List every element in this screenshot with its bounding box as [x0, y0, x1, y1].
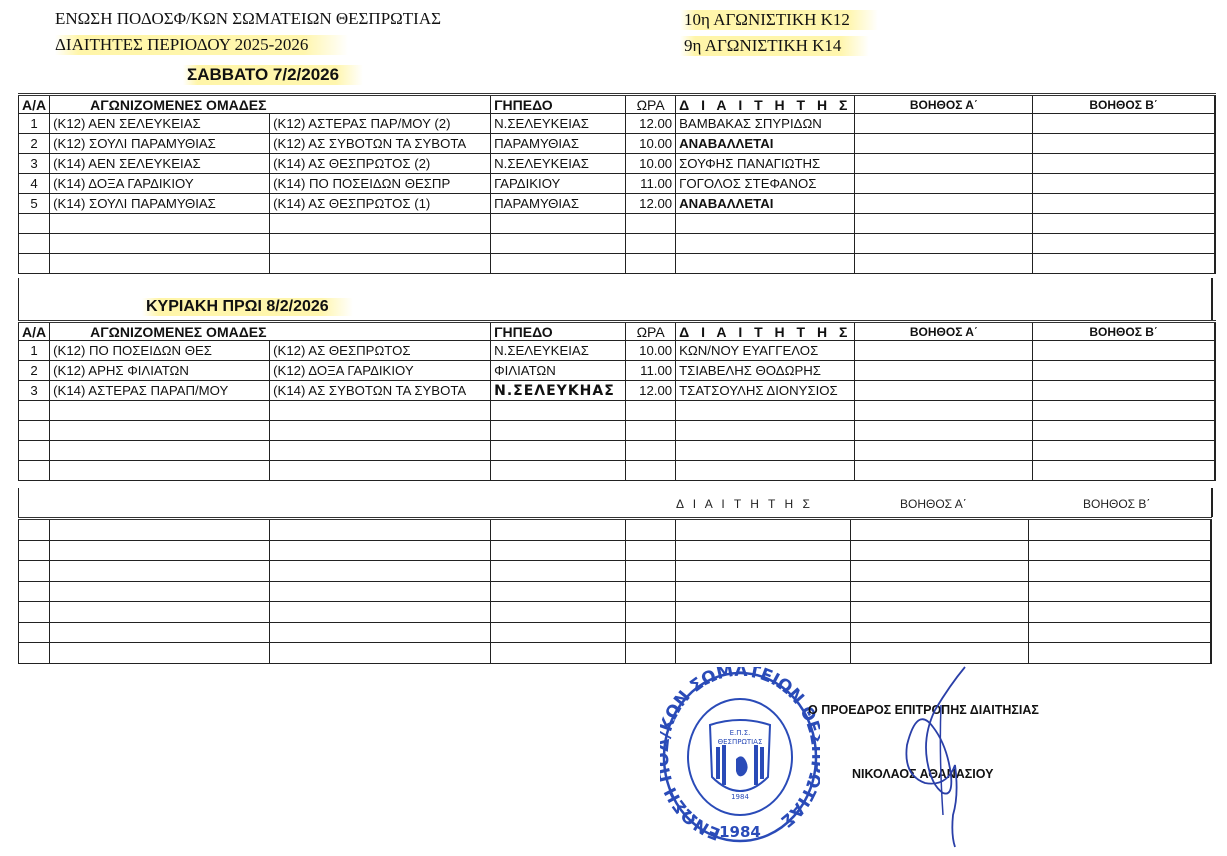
empty-cell — [676, 519, 851, 541]
signature-icon — [895, 665, 985, 850]
empty-cell — [676, 581, 851, 602]
empty-cell — [50, 401, 270, 421]
home-team: (Κ12) ΣΟΥΛΙ ΠΑΡΑΜΥΘΙΑΣ — [50, 134, 270, 154]
assistant-b — [1033, 134, 1215, 154]
empty-row — [19, 581, 1211, 602]
empty-row — [19, 254, 1215, 274]
empty-cell — [626, 581, 676, 602]
empty-row — [19, 602, 1211, 623]
assistant-a — [855, 361, 1033, 381]
empty-row — [19, 561, 1211, 582]
empty-cell — [19, 461, 50, 481]
section-spacer — [18, 488, 1213, 517]
table-row: 5(Κ14) ΣΟΥΛΙ ΠΑΡΑΜΥΘΙΑΣ(Κ14) ΑΣ ΘΕΣΠΡΩΤΟ… — [19, 194, 1215, 214]
empty-cell — [855, 234, 1033, 254]
empty-cell — [270, 581, 491, 602]
empty-row — [19, 461, 1215, 481]
referee: ΓΟΓΟΛΟΣ ΣΤΕΦΑΝΟΣ — [676, 174, 855, 194]
referee: ΤΣΑΤΣΟΥΛΗΣ ΔΙΟΝΥΣΙΟΣ — [676, 381, 855, 401]
empty-cell — [50, 421, 270, 441]
empty-cell — [19, 519, 50, 541]
empty-cell — [676, 214, 855, 234]
empty-cell — [19, 234, 50, 254]
empty-cell — [855, 421, 1033, 441]
third-block-assistant-b-label: ΒΟΗΘΟΣ Β΄ — [1083, 497, 1150, 511]
col-referee: Δ Ι Α Ι Τ Η Τ Η Σ — [676, 322, 855, 341]
empty-cell — [851, 602, 1029, 623]
away-team: (Κ14) ΑΣ ΘΕΣΠΡΩΤΟΣ (1) — [270, 194, 491, 214]
col-assistant-b: ΒΟΗΘΟΣ Β΄ — [1033, 95, 1215, 114]
assistant-b — [1033, 114, 1215, 134]
assistant-a — [855, 381, 1033, 401]
assistant-b — [1033, 361, 1215, 381]
table-header-row: Α/Α ΑΓΩΝΙΖΟΜΕΝΕΣ ΟΜΑΔΕΣ ΓΗΠΕΔΟ ΩΡΑ Δ Ι Α… — [19, 322, 1215, 341]
match-number: 4 — [19, 174, 50, 194]
empty-row — [19, 234, 1215, 254]
match-number: 3 — [19, 381, 50, 401]
empty-cell — [19, 441, 50, 461]
referee: ΚΩΝ/ΝΟΥ ΕΥΑΓΓΕΛΟΣ — [676, 341, 855, 361]
away-team: (Κ14) ΑΣ ΘΕΣΠΡΩΤΟΣ (2) — [270, 154, 491, 174]
away-team: (Κ14) ΠΟ ΠΟΣΕΙΔΩΝ ΘΕΣΠΡ — [270, 174, 491, 194]
empty-cell — [491, 643, 626, 664]
empty-cell — [626, 461, 676, 481]
table-row: 2(Κ12) ΑΡΗΣ ΦΙΛΙΑΤΩΝ(Κ12) ΔΟΞΑ ΓΑΡΔΙΚΙΟΥ… — [19, 361, 1215, 381]
table-row: 1(Κ12) ΠΟ ΠΟΣΕΙΔΩΝ ΘΕΣ(Κ12) ΑΣ ΘΕΣΠΡΩΤΟΣ… — [19, 341, 1215, 361]
venue: ΠΑΡΑΜΥΘΙΑΣ — [491, 134, 626, 154]
empty-cell — [626, 421, 676, 441]
venue: ΓΑΡΔΙΚΙΟΥ — [491, 174, 626, 194]
empty-cell — [676, 561, 851, 582]
col-referee: Δ Ι Α Ι Τ Η Τ Η Σ — [676, 95, 855, 114]
empty-cell — [1033, 254, 1215, 274]
empty-cell — [855, 461, 1033, 481]
empty-cell — [1033, 401, 1215, 421]
empty-cell — [626, 540, 676, 561]
col-assistant-a: ΒΟΗΘΟΣ Α΄ — [855, 95, 1033, 114]
empty-cell — [1033, 214, 1215, 234]
empty-cell — [676, 441, 855, 461]
empty-row — [19, 643, 1211, 664]
empty-cell — [851, 643, 1029, 664]
venue: Ν.ΣΕΛΕΥΚΕΙΑΣ — [491, 154, 626, 174]
venue: ΦΙΛΙΑΤΩΝ — [491, 361, 626, 381]
empty-cell — [50, 254, 270, 274]
empty-cell — [676, 421, 855, 441]
referee: ΤΣΙΑΒΕΛΗΣ ΘΟΔΩΡΗΣ — [676, 361, 855, 381]
assistant-b — [1033, 154, 1215, 174]
empty-cell — [851, 561, 1029, 582]
empty-cell — [50, 643, 270, 664]
home-team: (Κ14) ΣΟΥΛΙ ΠΑΡΑΜΥΘΙΑΣ — [50, 194, 270, 214]
empty-cell — [626, 561, 676, 582]
match-number: 1 — [19, 114, 50, 134]
col-time: ΩΡΑ — [626, 95, 676, 114]
empty-cell — [19, 561, 50, 582]
empty-cell — [50, 602, 270, 623]
empty-cell — [270, 461, 491, 481]
kickoff-time: 10.00 — [626, 341, 676, 361]
referee: ΒΑΜΒΑΚΑΣ ΣΠΥΡΙΔΩΝ — [676, 114, 855, 134]
stamp-year: 1984 — [719, 823, 761, 841]
col-venue: ΓΗΠΕΔΟ — [491, 322, 626, 341]
home-team: (Κ12) ΠΟ ΠΟΣΕΙΔΩΝ ΘΕΣ — [50, 341, 270, 361]
table-row: 1(Κ12) ΑΕΝ ΣΕΛΕΥΚΕΙΑΣ(Κ12) ΑΣΤΕΡΑΣ ΠΑΡ/Μ… — [19, 114, 1215, 134]
empty-row — [19, 421, 1215, 441]
col-assistant-b: ΒΟΗΘΟΣ Β΄ — [1033, 322, 1215, 341]
empty-cell — [491, 401, 626, 421]
empty-cell — [270, 401, 491, 421]
table-row: 3(Κ14) ΑΣΤΕΡΑΣ ΠΑΡΑΠ/ΜΟΥ(Κ14) ΑΣ ΣΥΒΟΤΩΝ… — [19, 381, 1215, 401]
empty-cell — [50, 622, 270, 643]
empty-cell — [270, 561, 491, 582]
blank-schedule-table — [18, 517, 1212, 664]
round-k12: 10η ΑΓΩΝΙΣΤΙΚΗ Κ12 — [680, 10, 878, 30]
col-aa: Α/Α — [19, 322, 50, 341]
empty-cell — [270, 421, 491, 441]
empty-cell — [1033, 421, 1215, 441]
venue: ΠΑΡΑΜΥΘΙΑΣ — [491, 194, 626, 214]
stamp-inner-name: ΘΕΣΠΡΩΤΙΑΣ — [718, 738, 763, 746]
empty-cell — [1029, 643, 1211, 664]
empty-cell — [626, 214, 676, 234]
empty-cell — [1033, 234, 1215, 254]
empty-cell — [491, 254, 626, 274]
association-stamp-icon: ΕΝΩΣΗ ΠΟΔ/ΚΩΝ ΣΩΜΑΤΕΙΩΝ ΘΕΣΠΡΩΤΙΑΣ 1984 … — [660, 667, 820, 847]
table-row: 2(Κ12) ΣΟΥΛΙ ΠΑΡΑΜΥΘΙΑΣ(Κ12) ΑΣ ΣΥΒΟΤΩΝ … — [19, 134, 1215, 154]
home-team: (Κ12) ΑΕΝ ΣΕΛΕΥΚΕΙΑΣ — [50, 114, 270, 134]
kickoff-time: 11.00 — [626, 361, 676, 381]
away-team: (Κ14) ΑΣ ΣΥΒΟΤΩΝ ΤΑ ΣΥΒΟΤΑ — [270, 381, 491, 401]
svg-text:ΕΝΩΣΗ ΠΟΔ/ΚΩΝ ΣΩΜΑΤΕΙΩΝ ΘΕΣΠΡΩ: ΕΝΩΣΗ ΠΟΔ/ΚΩΝ ΣΩΜΑΤΕΙΩΝ ΘΕΣΠΡΩΤΙΑΣ — [660, 667, 820, 844]
empty-cell — [855, 214, 1033, 234]
saturday-title: ΣΑΒΒΑΤΟ 7/2/2026 — [183, 65, 363, 85]
empty-cell — [491, 602, 626, 623]
empty-cell — [50, 461, 270, 481]
empty-cell — [50, 519, 270, 541]
kickoff-time: 10.00 — [626, 134, 676, 154]
saturday-schedule-table: Α/Α ΑΓΩΝΙΖΟΜΕΝΕΣ ΟΜΑΔΕΣ ΓΗΠΕΔΟ ΩΡΑ Δ Ι Α… — [18, 93, 1216, 274]
empty-cell — [626, 401, 676, 421]
empty-cell — [19, 581, 50, 602]
empty-cell — [626, 622, 676, 643]
empty-cell — [851, 622, 1029, 643]
assistant-b — [1033, 341, 1215, 361]
stamp-ring-text: ΕΝΩΣΗ ΠΟΔ/ΚΩΝ ΣΩΜΑΤΕΙΩΝ ΘΕΣΠΡΩΤΙΑΣ — [660, 667, 820, 844]
empty-cell — [1029, 561, 1211, 582]
empty-cell — [50, 540, 270, 561]
match-number: 1 — [19, 341, 50, 361]
assistant-a — [855, 134, 1033, 154]
col-assistant-a: ΒΟΗΘΟΣ Α΄ — [855, 322, 1033, 341]
empty-cell — [19, 254, 50, 274]
col-teams: ΑΓΩΝΙΖΟΜΕΝΕΣ ΟΜΑΔΕΣ — [50, 95, 491, 114]
empty-cell — [50, 441, 270, 461]
stamp-inner-year: 1984 — [731, 793, 749, 801]
referee: ΣΟΥΦΗΣ ΠΑΝΑΓΙΩΤΗΣ — [676, 154, 855, 174]
empty-cell — [676, 401, 855, 421]
home-team: (Κ12) ΑΡΗΣ ΦΙΛΙΑΤΩΝ — [50, 361, 270, 381]
empty-cell — [1033, 441, 1215, 461]
empty-cell — [1029, 581, 1211, 602]
stamp-inner-abbrev: Ε.Π.Σ. — [730, 729, 751, 737]
empty-cell — [676, 540, 851, 561]
empty-cell — [491, 519, 626, 541]
empty-cell — [270, 519, 491, 541]
empty-cell — [676, 461, 855, 481]
empty-cell — [50, 581, 270, 602]
empty-cell — [19, 602, 50, 623]
venue: Ν.ΣΕΛΕΥΚΗΑΣ — [491, 381, 626, 401]
empty-cell — [491, 461, 626, 481]
empty-row — [19, 214, 1215, 234]
empty-cell — [19, 401, 50, 421]
match-number: 2 — [19, 361, 50, 381]
empty-cell — [491, 581, 626, 602]
col-aa: Α/Α — [19, 95, 50, 114]
empty-cell — [270, 602, 491, 623]
empty-cell — [19, 214, 50, 234]
empty-cell — [676, 602, 851, 623]
table-header-row: Α/Α ΑΓΩΝΙΖΟΜΕΝΕΣ ΟΜΑΔΕΣ ΓΗΠΕΔΟ ΩΡΑ Δ Ι Α… — [19, 95, 1215, 114]
sunday-schedule-table: Α/Α ΑΓΩΝΙΖΟΜΕΝΕΣ ΟΜΑΔΕΣ ΓΗΠΕΔΟ ΩΡΑ Δ Ι Α… — [18, 320, 1216, 481]
round-k14: 9η ΑΓΩΝΙΣΤΙΚΗ Κ14 — [680, 36, 869, 56]
empty-cell — [270, 214, 491, 234]
period-title: ΔΙΑΙΤΗΤΕΣ ΠΕΡΙΟΔΟΥ 2025-2026 — [55, 35, 348, 55]
venue: Ν.ΣΕΛΕΥΚΕΙΑΣ — [491, 341, 626, 361]
assistant-b — [1033, 194, 1215, 214]
empty-cell — [270, 540, 491, 561]
empty-row — [19, 441, 1215, 461]
empty-cell — [50, 561, 270, 582]
empty-cell — [270, 622, 491, 643]
empty-cell — [676, 622, 851, 643]
assistant-a — [855, 341, 1033, 361]
empty-cell — [270, 441, 491, 461]
empty-cell — [851, 581, 1029, 602]
referee: ΑΝΑΒΑΛΛΕΤΑΙ — [676, 134, 855, 154]
empty-cell — [491, 214, 626, 234]
empty-row — [19, 540, 1211, 561]
table-row: 4(Κ14) ΔΟΞΑ ΓΑΡΔΙΚΙΟΥ(Κ14) ΠΟ ΠΟΣΕΙΔΩΝ Θ… — [19, 174, 1215, 194]
kickoff-time: 10.00 — [626, 154, 676, 174]
away-team: (Κ12) ΔΟΞΑ ΓΑΡΔΙΚΙΟΥ — [270, 361, 491, 381]
home-team: (Κ14) ΑΕΝ ΣΕΛΕΥΚΕΙΑΣ — [50, 154, 270, 174]
empty-cell — [491, 561, 626, 582]
empty-cell — [1033, 461, 1215, 481]
empty-cell — [50, 234, 270, 254]
kickoff-time: 12.00 — [626, 381, 676, 401]
empty-cell — [626, 519, 676, 541]
empty-cell — [491, 234, 626, 254]
assistant-b — [1033, 174, 1215, 194]
organization-title: ΕΝΩΣΗ ΠΟΔΟΣΦ/ΚΩΝ ΣΩΜΑΤΕΙΩΝ ΘΕΣΠΡΩΤΙΑΣ — [55, 9, 441, 29]
empty-row — [19, 401, 1215, 421]
kickoff-time: 11.00 — [626, 174, 676, 194]
empty-cell — [626, 234, 676, 254]
empty-cell — [491, 622, 626, 643]
empty-cell — [626, 254, 676, 274]
empty-cell — [270, 254, 491, 274]
empty-cell — [855, 254, 1033, 274]
empty-cell — [50, 214, 270, 234]
empty-cell — [626, 441, 676, 461]
away-team: (Κ12) ΑΣΤΕΡΑΣ ΠΑΡ/ΜΟΥ (2) — [270, 114, 491, 134]
empty-cell — [19, 643, 50, 664]
empty-cell — [851, 540, 1029, 561]
table-row: 3(Κ14) ΑΕΝ ΣΕΛΕΥΚΕΙΑΣ(Κ14) ΑΣ ΘΕΣΠΡΩΤΟΣ … — [19, 154, 1215, 174]
referee: ΑΝΑΒΑΛΛΕΤΑΙ — [676, 194, 855, 214]
empty-cell — [491, 441, 626, 461]
match-number: 2 — [19, 134, 50, 154]
venue: Ν.ΣΕΛΕΥΚΕΙΑΣ — [491, 114, 626, 134]
empty-cell — [626, 643, 676, 664]
match-number: 3 — [19, 154, 50, 174]
assistant-b — [1033, 381, 1215, 401]
kickoff-time: 12.00 — [626, 114, 676, 134]
assistant-a — [855, 114, 1033, 134]
empty-cell — [626, 602, 676, 623]
sunday-title: ΚΥΡΙΑΚΗ ΠΡΩΙ 8/2/2026 — [142, 298, 353, 316]
home-team: (Κ14) ΑΣΤΕΡΑΣ ΠΑΡΑΠ/ΜΟΥ — [50, 381, 270, 401]
third-block-referee-label: Δ Ι Α Ι Τ Η Τ Η Σ — [676, 497, 813, 511]
empty-cell — [19, 540, 50, 561]
empty-cell — [855, 401, 1033, 421]
empty-cell — [19, 622, 50, 643]
assistant-a — [855, 194, 1033, 214]
home-team: (Κ14) ΔΟΞΑ ΓΑΡΔΙΚΙΟΥ — [50, 174, 270, 194]
third-block-assistant-a-label: ΒΟΗΘΟΣ Α΄ — [900, 497, 967, 511]
assistant-a — [855, 154, 1033, 174]
empty-cell — [1029, 602, 1211, 623]
empty-cell — [855, 441, 1033, 461]
col-teams: ΑΓΩΝΙΖΟΜΕΝΕΣ ΟΜΑΔΕΣ — [50, 322, 491, 341]
empty-cell — [851, 519, 1029, 541]
empty-cell — [270, 234, 491, 254]
match-number: 5 — [19, 194, 50, 214]
empty-cell — [1029, 622, 1211, 643]
empty-cell — [270, 643, 491, 664]
empty-cell — [676, 254, 855, 274]
empty-cell — [491, 540, 626, 561]
empty-cell — [676, 234, 855, 254]
empty-cell — [1029, 519, 1211, 541]
col-time: ΩΡΑ — [626, 322, 676, 341]
empty-row — [19, 519, 1211, 541]
empty-row — [19, 622, 1211, 643]
empty-cell — [676, 643, 851, 664]
away-team: (Κ12) ΑΣ ΣΥΒΟΤΩΝ ΤΑ ΣΥΒΟΤΑ — [270, 134, 491, 154]
assistant-a — [855, 174, 1033, 194]
empty-cell — [1029, 540, 1211, 561]
empty-cell — [19, 421, 50, 441]
empty-cell — [491, 421, 626, 441]
col-venue: ΓΗΠΕΔΟ — [491, 95, 626, 114]
kickoff-time: 12.00 — [626, 194, 676, 214]
away-team: (Κ12) ΑΣ ΘΕΣΠΡΩΤΟΣ — [270, 341, 491, 361]
